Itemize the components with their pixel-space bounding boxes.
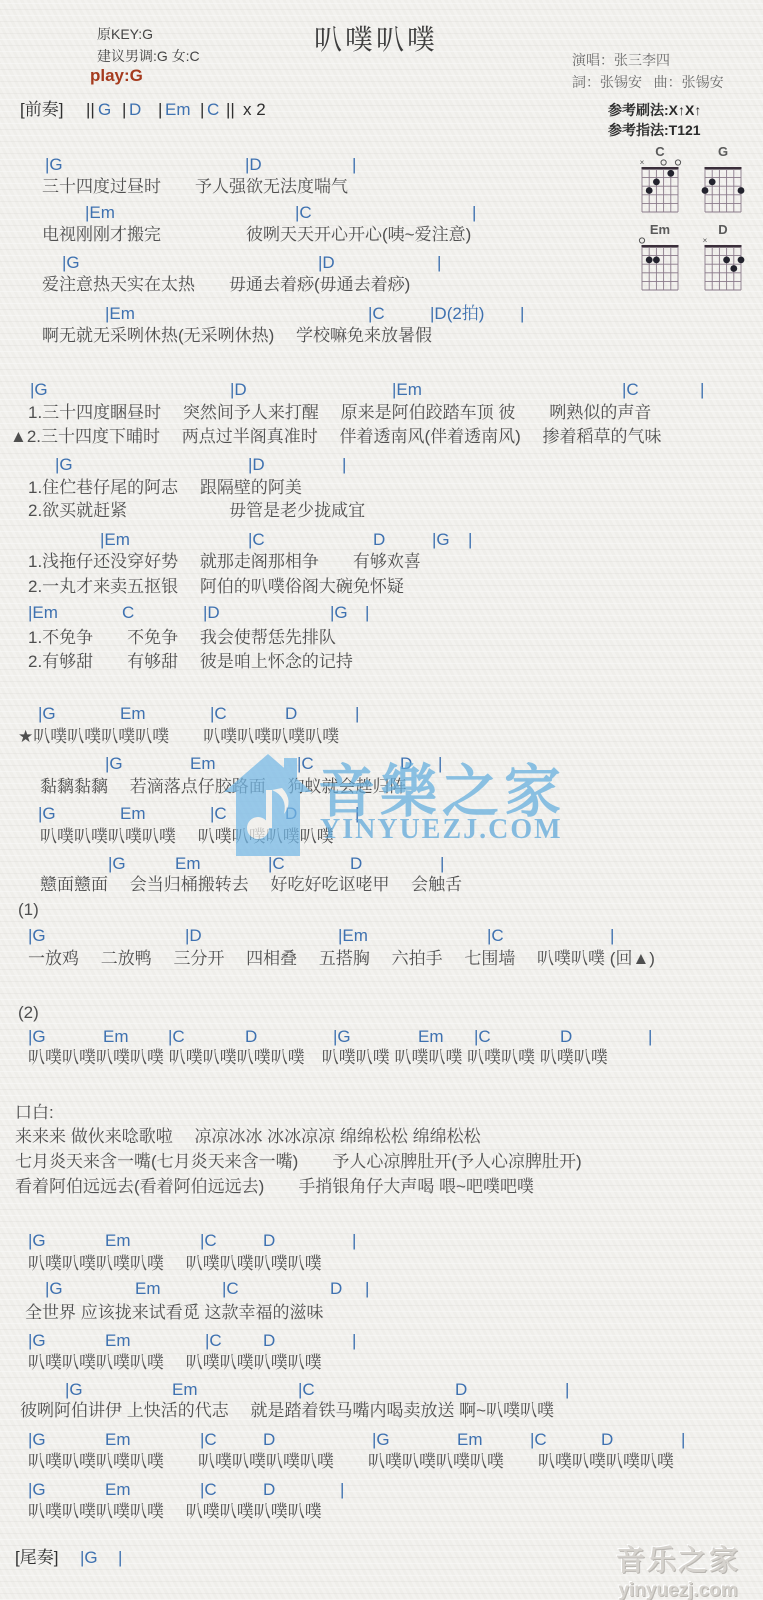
lyric-text: (2) xyxy=(18,1003,39,1023)
chord-symbol: |Em xyxy=(338,926,368,946)
chord-symbol: |G xyxy=(38,704,56,724)
lyric-line: 来来来 做伙来唸歌啦 凉凉冰冰 冰冰凉凉 绵绵松松 绵绵松松 xyxy=(0,1127,763,1149)
chord-symbol: C xyxy=(207,100,219,120)
chord-symbol: |G xyxy=(28,1331,46,1351)
lyric-line: 1.浅拖仔还没穿好势 就那走阁那相争 有够欢喜 xyxy=(0,552,763,574)
chord-symbol: |G xyxy=(45,1279,63,1299)
chord-symbol: |C xyxy=(200,1480,217,1500)
lyric-line: 全世界 应该拢来试看觅 这款幸福的滋味 xyxy=(0,1303,763,1325)
chord-symbol: |Em xyxy=(28,603,58,623)
chord-symbol: Em xyxy=(105,1430,131,1450)
chord-symbol: |G xyxy=(45,155,63,175)
lyric-text: ★叭噗叭噗叭噗叭噗 叭噗叭噗叭噗叭噗 xyxy=(18,727,339,747)
chord-symbol: Em xyxy=(418,1027,444,1047)
chord-line: |GEm|CD| xyxy=(0,1279,763,1301)
chord-symbol: |C xyxy=(368,304,385,324)
lyric-line: 1.住伫巷仔尾的阿志 跟隔壁的阿美 xyxy=(0,478,763,500)
chord-symbol: |G xyxy=(38,804,56,824)
chord-symbol: |G xyxy=(330,603,348,623)
lyric-text: 三十四度过昼时 予人强欲无法度喘气 xyxy=(42,177,348,197)
chord-symbol: Em xyxy=(457,1430,483,1450)
lyric-text: 戆面戆面 会当归桶搬转去 好吃好吃讴咾甲 会触舌 xyxy=(40,875,462,895)
suggested-keys-label: 建议男调:G 女:C xyxy=(97,46,200,66)
lyric-text: 看着阿伯远远去(看着阿伯远远去) 手捎银角仔大声喝 喂~吧噗吧噗 xyxy=(15,1177,534,1197)
lyric-text: 叭噗叭噗叭噗叭噗 叭噗叭噗叭噗叭噗 xyxy=(28,1353,322,1373)
chord-symbol: | xyxy=(472,203,476,223)
lyric-line: 电视刚刚才搬完 彼咧天天开心开心(咦~爱注意) xyxy=(0,225,763,247)
chord-symbol: | xyxy=(437,253,441,273)
chord-symbol: |G xyxy=(80,1548,98,1568)
chord-symbol: |C xyxy=(298,1380,315,1400)
chord-symbol: D xyxy=(560,1027,572,1047)
lyric-line: 三十四度过昼时 予人强欲无法度喘气 xyxy=(0,177,763,199)
chord-symbol: C xyxy=(122,603,134,623)
chord-line: |Em|C|D(2拍)| xyxy=(0,304,763,326)
section-label: x 2 xyxy=(243,100,266,120)
chord-symbol: | xyxy=(355,804,359,824)
chord-symbol: D xyxy=(400,754,412,774)
lyric-text: 啊无就无采咧休热(无采咧休热) 学校嘛免来放暑假 xyxy=(42,326,432,346)
section-label: [尾奏] xyxy=(15,1548,58,1568)
chord-symbol: | xyxy=(700,380,704,400)
lyric-text: 七月炎天来含一嘴(七月炎天来含一嘴) 予人心凉脾肚开(予人心凉脾肚开) xyxy=(15,1152,582,1172)
play-key-label: play:G xyxy=(90,66,143,86)
chord-symbol: | xyxy=(352,1331,356,1351)
lyric-text: 1.三十四度睏昼时 突然间予人来打醒 原来是阿伯跤踏车顶 彼 咧熟似的声音 xyxy=(28,403,651,423)
chord-symbol: |C xyxy=(487,926,504,946)
chord-symbol: Em xyxy=(105,1331,131,1351)
chord-line: |G|D|Em|C| xyxy=(0,380,763,402)
chord-symbol: |Em xyxy=(85,203,115,223)
lyric-line: 七月炎天来含一嘴(七月炎天来含一嘴) 予人心凉脾肚开(予人心凉脾肚开) xyxy=(0,1152,763,1174)
chord-symbol: | xyxy=(352,1231,356,1251)
chord-symbol: D xyxy=(129,100,141,120)
chord-symbol: | xyxy=(118,1548,122,1568)
page-title: 叭噗叭噗 xyxy=(314,18,438,58)
chord-symbol: D xyxy=(285,704,297,724)
chord-symbol: Em xyxy=(165,100,191,120)
chord-symbol: | xyxy=(520,304,524,324)
chord-symbol: |C xyxy=(474,1027,491,1047)
chord-symbol: Em xyxy=(175,854,201,874)
lyric-line: ★叭噗叭噗叭噗叭噗 叭噗叭噗叭噗叭噗 xyxy=(0,727,763,749)
chord-symbol: Em xyxy=(135,1279,161,1299)
chord-line: |Em|C| xyxy=(0,203,763,225)
chord-symbol: Em xyxy=(103,1027,129,1047)
lyric-line: 2.有够甜 有够甜 彼是咱上怀念的记持 xyxy=(0,652,763,674)
lyric-line: (1) xyxy=(0,900,763,922)
chord-symbol: Em xyxy=(105,1231,131,1251)
chord-symbol: D xyxy=(330,1279,342,1299)
chord-line: |GEm|CD| xyxy=(0,1231,763,1253)
chord-symbol: |G xyxy=(333,1027,351,1047)
chord-symbol: |Em xyxy=(100,530,130,550)
credits-label: 詞：张锡安 曲：张锡安 xyxy=(572,72,724,92)
chord-line: |GEm|CD| xyxy=(0,804,763,826)
chord-line: |GEm|CD| xyxy=(0,754,763,776)
chord-symbol: | xyxy=(681,1430,685,1450)
chord-symbol: | xyxy=(648,1027,652,1047)
chord-symbol: |G xyxy=(432,530,450,550)
chord-symbol: |G xyxy=(28,1027,46,1047)
finger-reference: 参考指法:T121 xyxy=(608,120,701,140)
chord-symbol: D xyxy=(373,530,385,550)
chord-symbol: D xyxy=(455,1380,467,1400)
chord-symbol: |D xyxy=(230,380,247,400)
lyric-line: 叭噗叭噗叭噗叭噗 叭噗叭噗叭噗叭噗 xyxy=(0,1254,763,1276)
chord-line: |Em|CD|G| xyxy=(0,530,763,552)
chord-line: |G|D|Em|C| xyxy=(0,926,763,948)
chord-line: [前奏]||G|D|Em|C||x 2 xyxy=(0,100,763,122)
chord-sheet-page: 叭噗叭噗 原KEY:G 建议男调:G 女:C play:G 演唱：张三李四 詞：… xyxy=(0,0,763,1600)
chord-symbol: G xyxy=(98,100,111,120)
chord-symbol: D xyxy=(350,854,362,874)
chord-symbol: |D xyxy=(245,155,262,175)
chord-line: |G|D| xyxy=(0,253,763,275)
chord-symbol: | xyxy=(565,1380,569,1400)
lyric-line: 1.不免争 不免争 我会使帮恁先排队 xyxy=(0,628,763,650)
lyric-line: 一放鸡 二放鸭 三分开 四相叠 五搭胸 六拍手 七围墙 叭噗叭噗 (回▲) xyxy=(0,949,763,971)
chord-symbol: |G xyxy=(62,253,80,273)
lyric-line: 叭噗叭噗叭噗叭噗 叭噗叭噗叭噗叭噗 xyxy=(0,1502,763,1524)
lyric-line: 口白: xyxy=(0,1103,763,1125)
chord-symbol: |C xyxy=(205,1331,222,1351)
chord-symbol: |C xyxy=(622,380,639,400)
chord-symbol: Em xyxy=(172,1380,198,1400)
lyric-text: 2.欲买就赶紧 毋管是老少拢咸宜 xyxy=(28,501,365,521)
chord-symbol: |C xyxy=(200,1231,217,1251)
chord-symbol: |C xyxy=(297,754,314,774)
lyric-text: 彼咧阿伯讲伊 上快活的代志 就是踏着铁马嘴内喝卖放送 啊~叭噗叭噗 xyxy=(20,1401,554,1421)
chord-symbol: D xyxy=(263,1331,275,1351)
chord-symbol: D xyxy=(263,1430,275,1450)
chord-symbol: |D(2拍) xyxy=(430,304,484,324)
chord-symbol: Em xyxy=(190,754,216,774)
chord-line: |G|D| xyxy=(0,455,763,477)
lyric-line: (2) xyxy=(0,1003,763,1025)
chord-line: |GEm|CD| xyxy=(0,1331,763,1353)
lyric-line: 彼咧阿伯讲伊 上快活的代志 就是踏着铁马嘴内喝卖放送 啊~叭噗叭噗 xyxy=(0,1401,763,1423)
section-label: | xyxy=(122,100,126,120)
lyric-text: 一放鸡 二放鸭 三分开 四相叠 五搭胸 六拍手 七围墙 叭噗叭噗 (回▲) xyxy=(28,949,655,969)
lyric-line: ▲2.三十四度下晡时 两点过半阁真准时 伴着透南风(伴着透南风) 掺着稻草的气味 xyxy=(0,427,763,449)
chord-symbol: D xyxy=(245,1027,257,1047)
chord-symbol: |G xyxy=(30,380,48,400)
chord-symbol: D xyxy=(601,1430,613,1450)
chord-line: |GEm|CD| xyxy=(0,1380,763,1402)
chord-symbol: |C xyxy=(210,804,227,824)
chord-symbol: | xyxy=(440,854,444,874)
chord-symbol: |G xyxy=(28,926,46,946)
section-label: || xyxy=(86,100,95,120)
chord-symbol: |G xyxy=(28,1430,46,1450)
lyric-text: 叭噗叭噗叭噗叭噗 叭噗叭噗叭噗叭噗 叭噗叭噗 叭噗叭噗 叭噗叭噗 叭噗叭噗 xyxy=(28,1048,608,1068)
chord-symbol: Em xyxy=(120,704,146,724)
lyric-text: 1.浅拖仔还没穿好势 就那走阁那相争 有够欢喜 xyxy=(28,552,421,572)
chord-symbol: |Em xyxy=(105,304,135,324)
lyric-line: 戆面戆面 会当归桶搬转去 好吃好吃讴咾甲 会触舌 xyxy=(0,875,763,897)
lyric-text: 1.住伫巷仔尾的阿志 跟隔壁的阿美 xyxy=(28,478,302,498)
chord-symbol: |Em xyxy=(392,380,422,400)
chord-symbol: |C xyxy=(168,1027,185,1047)
lyric-line: 叭噗叭噗叭噗叭噗 叭噗叭噗叭噗叭噗 xyxy=(0,1353,763,1375)
lyric-line: 叭噗叭噗叭噗叭噗 叭噗叭噗叭噗叭噗 叭噗叭噗叭噗叭噗 叭噗叭噗叭噗叭噗 xyxy=(0,1452,763,1474)
chord-symbol: |D xyxy=(203,603,220,623)
lyric-text: 黏黐黏黐 若滴落点仔胶路面 狗蚁就会趖归阵 xyxy=(40,777,406,797)
lyric-line: 叭噗叭噗叭噗叭噗 叭噗叭噗叭噗叭噗 xyxy=(0,827,763,849)
chord-symbol: |G xyxy=(372,1430,390,1450)
chord-line: |GEm|CD|GEm|CD| xyxy=(0,1027,763,1049)
chord-line: [尾奏]|G| xyxy=(0,1548,763,1570)
chord-symbol: |C xyxy=(268,854,285,874)
chord-symbol: |G xyxy=(28,1480,46,1500)
chord-symbol: | xyxy=(365,1279,369,1299)
section-label: [前奏] xyxy=(20,100,63,120)
chord-symbol: | xyxy=(342,455,346,475)
section-label: || xyxy=(226,100,235,120)
lyric-line: 啊无就无采咧休热(无采咧休热) 学校嘛免来放暑假 xyxy=(0,326,763,348)
chord-symbol: |C xyxy=(530,1430,547,1450)
chord-symbol: D xyxy=(263,1231,275,1251)
chord-symbol: |G xyxy=(105,754,123,774)
lyric-text: 全世界 应该拢来试看觅 这款幸福的滋味 xyxy=(25,1303,323,1323)
chord-symbol: |D xyxy=(185,926,202,946)
chord-symbol: | xyxy=(340,1480,344,1500)
chord-symbol: | xyxy=(352,155,356,175)
chord-symbol: |G xyxy=(65,1380,83,1400)
lyric-text: 来来来 做伙来唸歌啦 凉凉冰冰 冰冰凉凉 绵绵松松 绵绵松松 xyxy=(15,1127,481,1147)
lyric-line: 黏黐黏黐 若滴落点仔胶路面 狗蚁就会趖归阵 xyxy=(0,777,763,799)
lyric-line: 2.一丸才来卖五抠银 阿伯的叭噗俗阁大碗免怀疑 xyxy=(0,577,763,599)
lyric-text: 叭噗叭噗叭噗叭噗 叭噗叭噗叭噗叭噗 xyxy=(28,1502,322,1522)
lyric-line: 1.三十四度睏昼时 突然间予人来打醒 原来是阿伯跤踏车顶 彼 咧熟似的声音 xyxy=(0,403,763,425)
chord-symbol: | xyxy=(610,926,614,946)
chord-symbol: |C xyxy=(248,530,265,550)
chord-symbol: |C xyxy=(200,1430,217,1450)
chord-symbol: | xyxy=(365,603,369,623)
chord-line: |GEm|CD|GEm|CD| xyxy=(0,1430,763,1452)
chord-line: |EmC|D|G| xyxy=(0,603,763,625)
chord-symbol: Em xyxy=(120,804,146,824)
chord-line: |GEm|CD| xyxy=(0,704,763,726)
lyric-line: 看着阿伯远远去(看着阿伯远远去) 手捎银角仔大声喝 喂~吧噗吧噗 xyxy=(0,1177,763,1199)
chord-line: |GEm|CD| xyxy=(0,854,763,876)
chord-symbol: | xyxy=(355,704,359,724)
chord-symbol: |D xyxy=(318,253,335,273)
lyric-text: 叭噗叭噗叭噗叭噗 叭噗叭噗叭噗叭噗 xyxy=(28,1254,322,1274)
chord-symbol: D xyxy=(263,1480,275,1500)
chord-symbol: | xyxy=(438,754,442,774)
singer-label: 演唱：张三李四 xyxy=(572,50,670,70)
lyric-text: 1.不免争 不免争 我会使帮恁先排队 xyxy=(28,628,336,648)
chord-line: |G|D| xyxy=(0,155,763,177)
lyric-text: 口白: xyxy=(15,1103,54,1123)
lyric-line: 叭噗叭噗叭噗叭噗 叭噗叭噗叭噗叭噗 叭噗叭噗 叭噗叭噗 叭噗叭噗 叭噗叭噗 xyxy=(0,1048,763,1070)
chord-line: |GEm|CD| xyxy=(0,1480,763,1502)
chord-symbol: | xyxy=(468,530,472,550)
chord-symbol: |G xyxy=(55,455,73,475)
lyric-text: 叭噗叭噗叭噗叭噗 叭噗叭噗叭噗叭噗 xyxy=(40,827,334,847)
lyric-line: 2.欲买就赶紧 毋管是老少拢咸宜 xyxy=(0,501,763,523)
chord-symbol: |G xyxy=(108,854,126,874)
lyric-text: 爱注意热天实在太热 毋通去着痧(毋通去着痧) xyxy=(42,275,410,295)
section-label: | xyxy=(158,100,162,120)
chord-symbol: |D xyxy=(248,455,265,475)
chord-symbol: D xyxy=(285,804,297,824)
lyric-line: 爱注意热天实在太热 毋通去着痧(毋通去着痧) xyxy=(0,275,763,297)
chord-symbol: |G xyxy=(28,1231,46,1251)
lyric-text: 电视刚刚才搬完 彼咧天天开心开心(咦~爱注意) xyxy=(42,225,471,245)
lyric-text: ▲2.三十四度下晡时 两点过半阁真准时 伴着透南风(伴着透南风) 掺着稻草的气味 xyxy=(10,427,662,447)
chord-symbol: Em xyxy=(105,1480,131,1500)
section-label: | xyxy=(200,100,204,120)
lyric-text: 2.有够甜 有够甜 彼是咱上怀念的记持 xyxy=(28,652,353,672)
watermark-bottom-site: yinyuezj.com xyxy=(596,1580,760,1600)
lyric-text: (1) xyxy=(18,900,39,920)
lyric-text: 2.一丸才来卖五抠银 阿伯的叭噗俗阁大碗免怀疑 xyxy=(28,577,404,597)
chord-symbol: |C xyxy=(222,1279,239,1299)
chord-symbol: |C xyxy=(210,704,227,724)
lyric-text: 叭噗叭噗叭噗叭噗 叭噗叭噗叭噗叭噗 叭噗叭噗叭噗叭噗 叭噗叭噗叭噗叭噗 xyxy=(28,1452,674,1472)
chord-symbol: |C xyxy=(295,203,312,223)
original-key-label: 原KEY:G xyxy=(97,24,153,44)
